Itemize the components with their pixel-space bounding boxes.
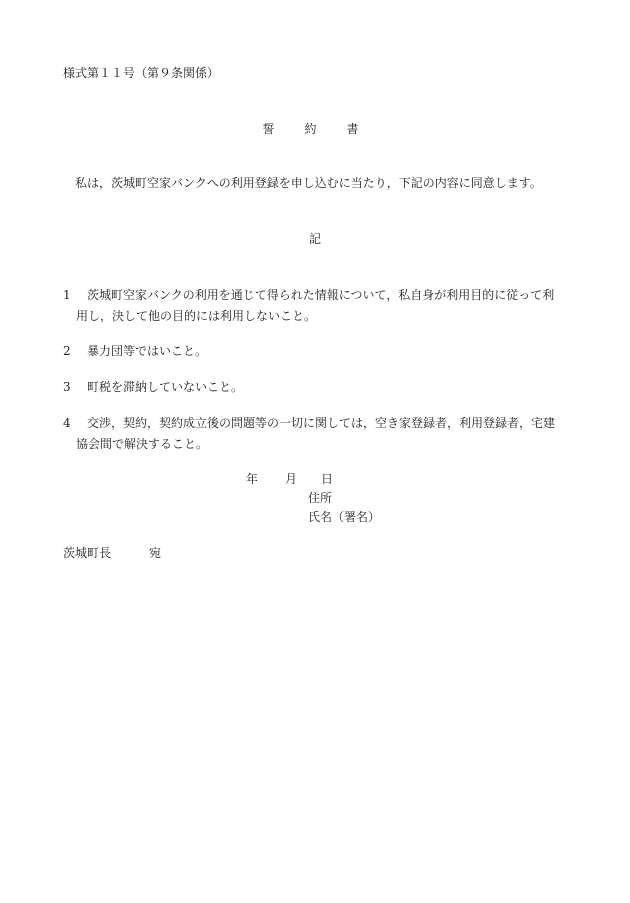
date-day-field[interactable]: 日 xyxy=(321,471,333,487)
item-number: 3 xyxy=(63,377,87,398)
pledge-item-3: 3町税を滞納していないこと。 xyxy=(63,377,583,398)
item-text-line1: 茨城町空家バンクの利用を通じて得られた情報について，私自身が利用目的に従って利 xyxy=(87,288,554,302)
document-title: 誓 約 書 xyxy=(0,121,630,137)
item-text-line2: 用し，決して他の目的には利用しないこと。 xyxy=(63,306,583,327)
item-number: 4 xyxy=(63,413,87,434)
date-month-field[interactable]: 月 xyxy=(285,471,297,487)
item-text-line1: 交渉，契約，契約成立後の問題等の一切に関しては，空き家登録者，利用登録者，宅建 xyxy=(87,416,555,430)
pledge-item-2: 2暴力団等ではいこと。 xyxy=(63,341,583,362)
addressee-suffix: 宛 xyxy=(149,545,161,561)
item-text-line1: 町税を滞納していないこと。 xyxy=(87,380,243,394)
item-text-line1: 暴力団等ではいこと。 xyxy=(87,344,207,358)
ki-heading: 記 xyxy=(0,231,630,247)
pledge-item-4: 4交渉，契約，契約成立後の問題等の一切に関しては，空き家登録者，利用登録者，宅建… xyxy=(63,413,583,455)
addressee: 茨城町長 xyxy=(63,545,111,561)
item-text-line2: 協会間で解決すること。 xyxy=(63,434,583,455)
name-signature-label: 氏名（署名） xyxy=(308,509,380,525)
date-year-field[interactable]: 年 xyxy=(246,471,258,487)
item-number: 2 xyxy=(63,341,87,362)
intro-statement: 私は，茨城町空家バンクへの利用登録を申し込むに当たり，下記の内容に同意します。 xyxy=(75,175,542,191)
address-label: 住所 xyxy=(308,490,332,506)
pledge-item-1: 1茨城町空家バンクの利用を通じて得られた情報について，私自身が利用目的に従って利… xyxy=(63,285,583,327)
form-number: 様式第１１号（第９条関係） xyxy=(63,65,219,81)
item-number: 1 xyxy=(63,285,87,306)
